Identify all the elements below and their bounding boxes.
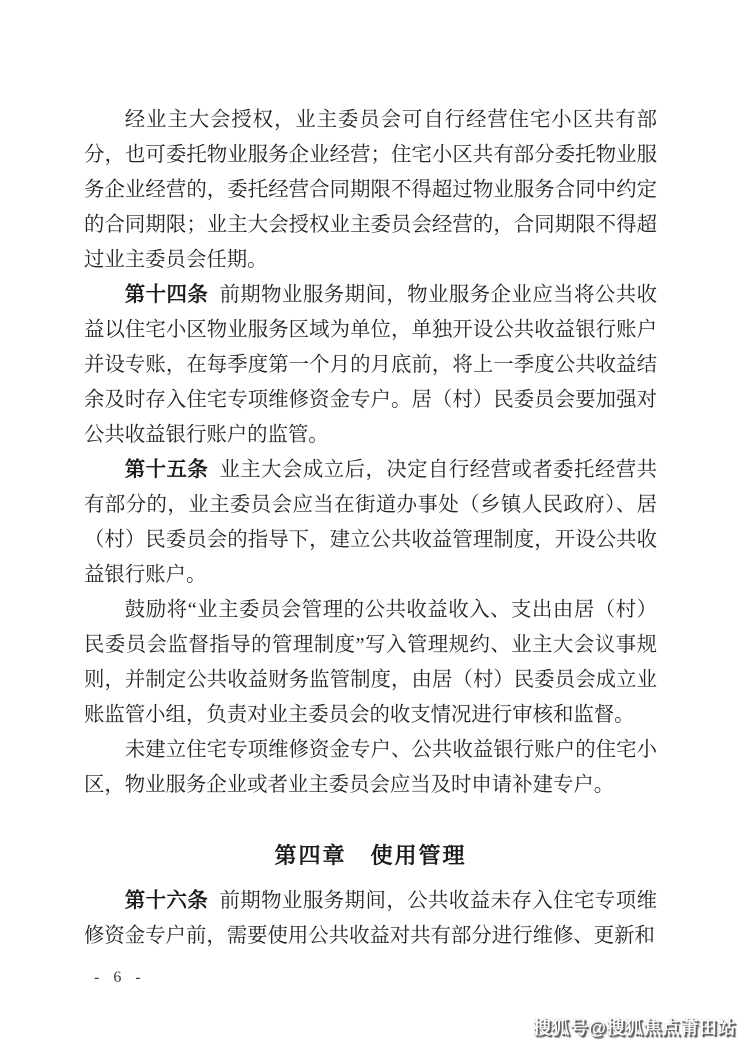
watermark-sohu: 搜狐号@搜狐焦点莆田站 [533,1014,736,1040]
paragraph-text: 经业主大会授权，业主委员会可自行经营住宅小区共有部分，也可委托物业服务企业经营；… [84,109,657,271]
paragraph: 经业主大会授权，业主委员会可自行经营住宅小区共有部分，也可委托物业服务企业经营；… [84,103,657,278]
paragraph-text: 前期物业服务期间，物业服务企业应当将公共收益以住宅小区物业服务区域为单位，单独开… [84,284,657,446]
paragraph: 鼓励将“业主委员会管理的公共收益收入、支出由居（村）民委员会监督指导的管理制度”… [84,593,657,733]
article-number: 第十四条 [125,284,208,306]
chapter-heading: 第四章 使用管理 [84,841,657,871]
paragraph: 第十四条前期物业服务期间，物业服务企业应当将公共收益以住宅小区物业服务区域为单位… [84,278,657,453]
paragraph: 第十五条业主大会成立后，决定自行经营或者委托经营共有部分的，业主委员会应当在街道… [84,453,657,593]
paragraph: 未建立住宅专项维修资金专户、公共收益银行账户的住宅小区，物业服务企业或者业主委员… [84,733,657,803]
paragraph: 第十六条前期物业服务期间，公共收益未存入住宅专项维修资金专户前，需要使用公共收益… [84,884,657,954]
document-page: 经业主大会授权，业主委员会可自行经营住宅小区共有部分，也可委托物业服务企业经营；… [0,0,740,1046]
paragraph-text: 鼓励将“业主委员会管理的公共收益收入、支出由居（村）民委员会监督指导的管理制度”… [84,599,657,726]
document-body: 经业主大会授权，业主委员会可自行经营住宅小区共有部分，也可委托物业服务企业经营；… [84,103,657,954]
paragraph-text: 未建立住宅专项维修资金专户、公共收益银行账户的住宅小区，物业服务企业或者业主委员… [84,739,657,796]
article-number: 第十五条 [125,459,208,481]
page-number: - 6 - [94,969,146,987]
article-number: 第十六条 [125,890,208,912]
